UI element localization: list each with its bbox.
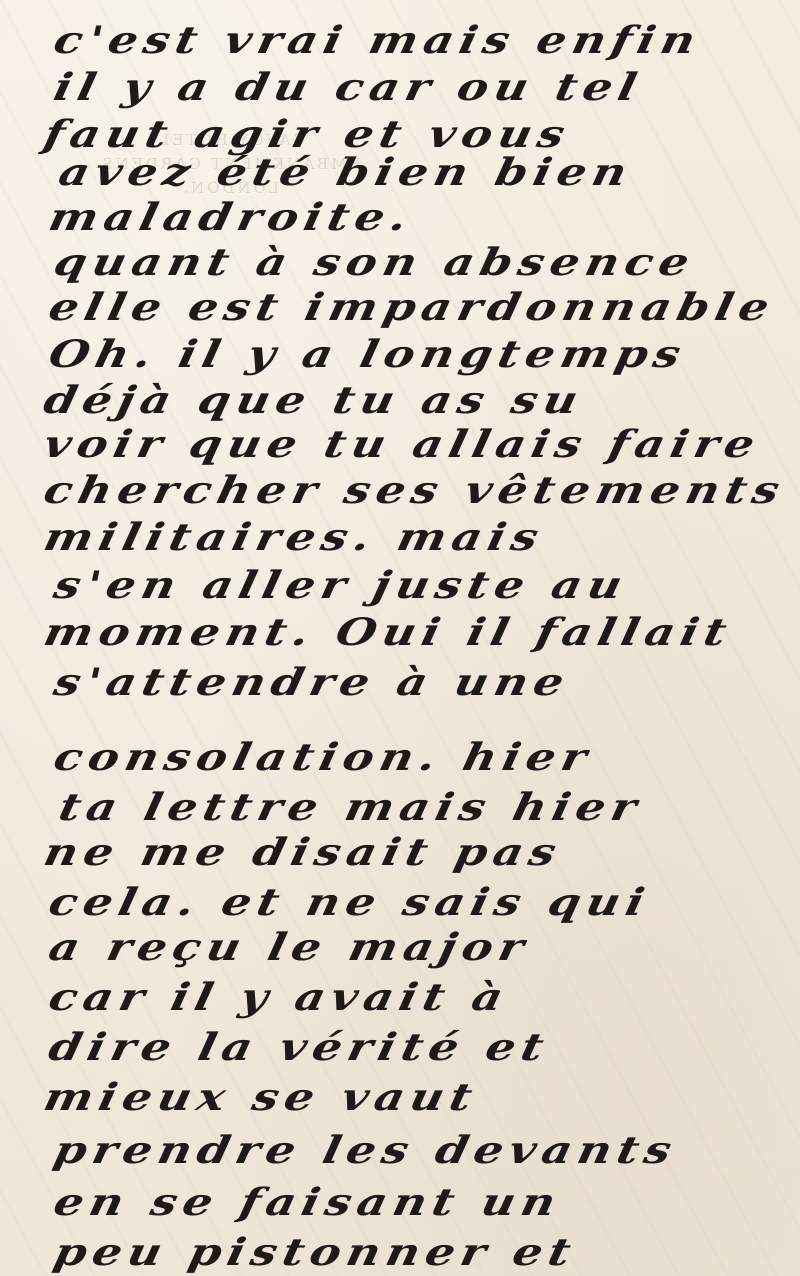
- handwritten-line: avez été bien bien: [55, 150, 637, 194]
- handwritten-line: ne me disait pas: [40, 830, 566, 874]
- letter-page: SAVOY HOTEL EMBANKMENT GARDENS LONDON. c…: [0, 0, 800, 1276]
- handwritten-line: s'en aller juste au: [50, 563, 632, 607]
- handwritten-line: peu pistonner et: [50, 1230, 581, 1274]
- handwritten-line: prendre les devants: [50, 1128, 681, 1172]
- handwritten-line: voir que tu allais faire: [40, 422, 765, 466]
- handwritten-line: militaires. mais: [40, 515, 548, 559]
- handwritten-line: déjà que tu as su: [40, 378, 588, 422]
- handwritten-line: a reçu le major: [45, 925, 534, 969]
- handwritten-line: c'est vrai mais enfin: [50, 18, 705, 62]
- handwritten-line: en se faisant un: [50, 1180, 566, 1224]
- handwritten-line: il y a du car ou tel: [50, 65, 647, 109]
- handwritten-line: dire la vérité et: [45, 1025, 554, 1069]
- handwritten-line: cela. et ne sais qui: [45, 880, 654, 924]
- handwritten-line: s'attendre à une: [50, 660, 574, 704]
- handwritten-line: elle est impardonnable: [45, 285, 779, 329]
- handwritten-line: maladroite.: [45, 195, 417, 239]
- handwritten-line: mieux se vaut: [40, 1075, 482, 1119]
- handwritten-line: moment. Oui il fallait: [40, 610, 736, 654]
- handwritten-line: quant à son absence: [50, 240, 699, 284]
- handwritten-line: ta lettre mais hier: [55, 785, 647, 829]
- handwritten-line: Oh. il y a longtemps: [45, 332, 691, 376]
- handwritten-line: consolation. hier: [50, 735, 597, 779]
- handwritten-line: chercher ses vêtements: [40, 468, 789, 512]
- handwritten-line: car il y avait à: [45, 975, 513, 1019]
